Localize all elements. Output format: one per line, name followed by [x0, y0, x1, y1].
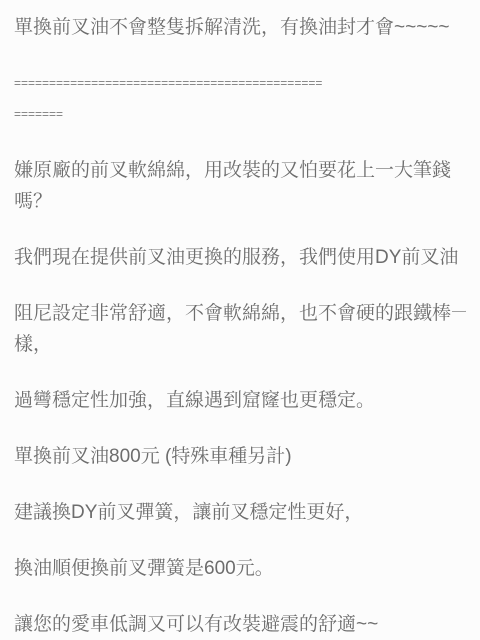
paragraph-intro: 單換前叉油不會整隻拆解清洗，有換油封才會~~~~~ [14, 12, 466, 43]
post-line: 過彎穩定性加強，直線遇到窟窿也更穩定。 [14, 385, 466, 416]
separator-line: ========================================… [14, 68, 466, 99]
post-body: 單換前叉油不會整隻拆解清洗，有換油封才會~~~~~ ==============… [0, 0, 480, 640]
post-line: 嗎？ [14, 186, 466, 217]
post-line: 樣， [14, 329, 466, 360]
post-line: 建議換DY前叉彈簧，讓前叉穩定性更好， [14, 497, 466, 528]
post-line: 嫌原廠的前叉軟綿綿，用改裝的又怕要花上一大筆錢 [14, 155, 466, 186]
post-line: 阻尼設定非常舒適，不會軟綿綿，也不會硬的跟鐵棒一 [14, 298, 466, 329]
paragraph-stability: 過彎穩定性加強，直線遇到窟窿也更穩定。 [14, 385, 466, 416]
post-line: 單換前叉油800元 (特殊車種另計) [14, 441, 466, 472]
separator: ========================================… [14, 68, 466, 130]
post-line: 單換前叉油不會整隻拆解清洗，有換油封才會~~~~~ [14, 12, 466, 43]
paragraph-spring-advice: 建議換DY前叉彈簧，讓前叉穩定性更好， [14, 497, 466, 528]
paragraph-service: 我們現在提供前叉油更換的服務，我們使用DY前叉油 [14, 242, 466, 273]
post-line: 我們現在提供前叉油更換的服務，我們使用DY前叉油 [14, 242, 466, 273]
paragraph-question: 嫌原廠的前叉軟綿綿，用改裝的又怕要花上一大筆錢 嗎？ [14, 155, 466, 217]
paragraph-damping: 阻尼設定非常舒適，不會軟綿綿，也不會硬的跟鐵棒一 樣， [14, 298, 466, 360]
paragraph-price-oil: 單換前叉油800元 (特殊車種另計) [14, 441, 466, 472]
paragraph-closing: 讓您的愛車低調又可以有改裝避震的舒適~~ [14, 609, 466, 640]
separator-line: ======= [14, 99, 466, 130]
post-line: 讓您的愛車低調又可以有改裝避震的舒適~~ [14, 609, 466, 640]
post-line: 換油順便換前叉彈簧是600元。 [14, 553, 466, 584]
paragraph-price-spring: 換油順便換前叉彈簧是600元。 [14, 553, 466, 584]
